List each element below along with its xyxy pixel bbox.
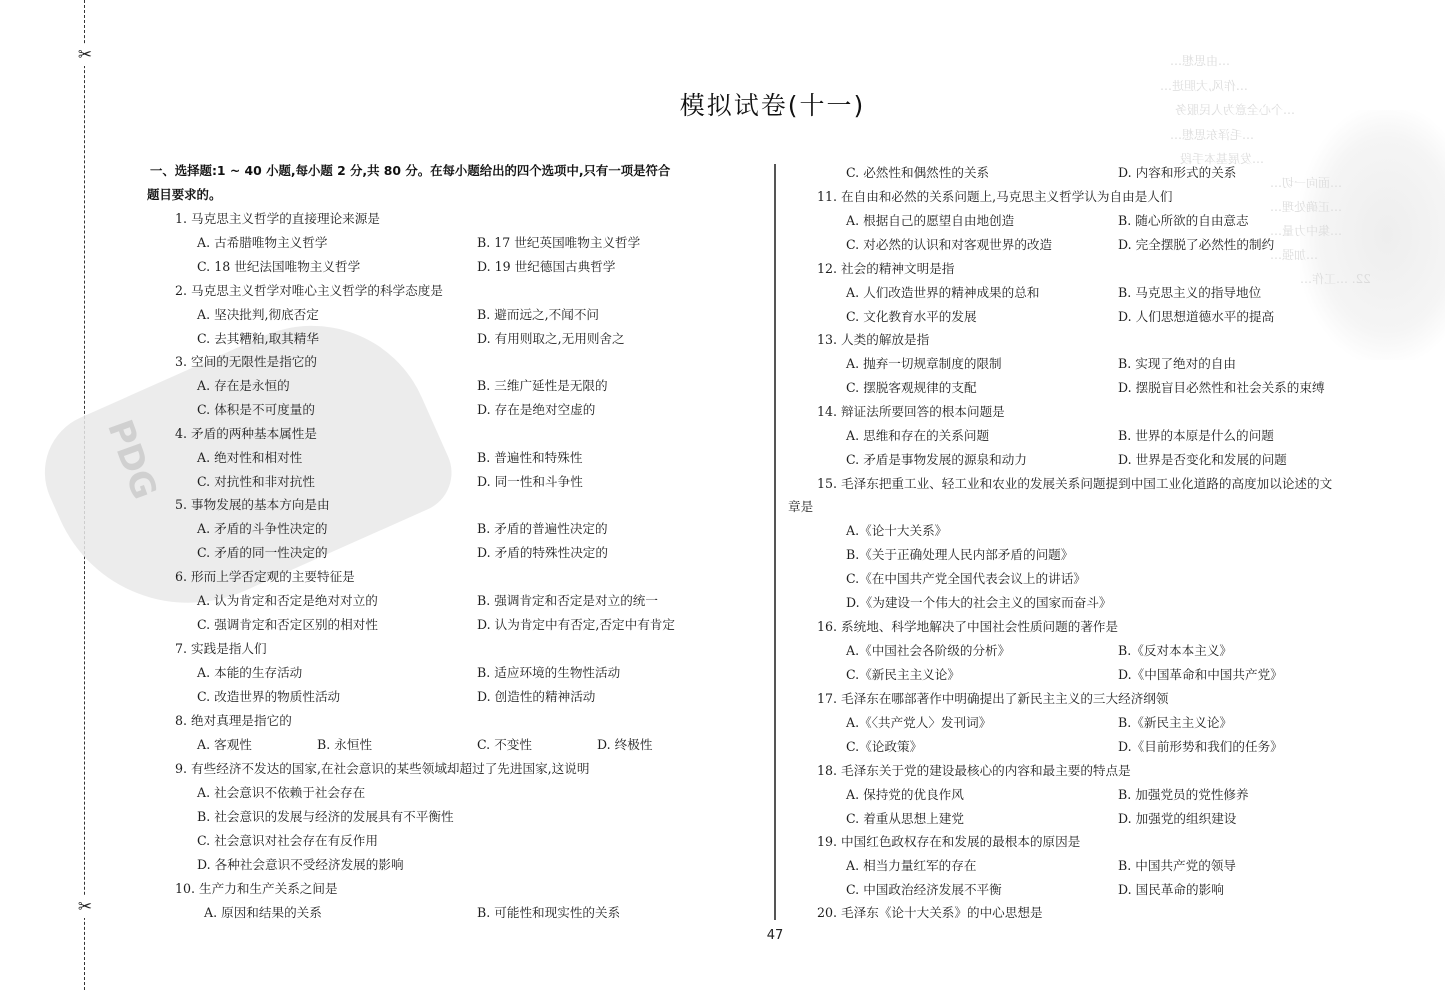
question-16: 16. 系统地、科学地解决了中国社会性质问题的著作是: [817, 619, 1118, 635]
option-15d: D.《为建设一个伟大的社会主义的国家而奋斗》: [846, 595, 1112, 611]
option-6c: C. 强调肯定和否定区别的相对性: [197, 617, 378, 633]
question-stem: 辩证法所要回答的根本问题是: [841, 404, 1005, 419]
option-7b: B. 适应环境的生物性活动: [477, 665, 620, 681]
question-number: 5.: [175, 497, 187, 512]
option-17b: B.《新民主主义论》: [1118, 715, 1232, 731]
option-17d: D.《目前形势和我们的任务》: [1118, 739, 1283, 755]
option-17a: A.《〈共产党人〉发刊词》: [846, 715, 991, 731]
option-12d: D. 人们思想道德水平的提高: [1118, 309, 1274, 325]
question-stem: 绝对真理是指它的: [191, 713, 292, 728]
question-number: 2.: [175, 283, 187, 298]
option-11a: A. 根据自己的愿望自由地创造: [846, 213, 1014, 229]
option-1a: A. 古希腊唯物主义哲学: [197, 235, 327, 251]
option-6a: A. 认为肯定和否定是绝对对立的: [197, 593, 378, 609]
question-3: 3. 空间的无限性是指它的: [175, 354, 317, 370]
question-number: 14.: [817, 404, 837, 419]
question-12: 12. 社会的精神文明是指: [817, 261, 954, 277]
question-stem: 人类的解放是指: [841, 332, 929, 347]
question-17: 17. 毛泽东在哪部著作中明确提出了新民主主义的三大经济纲领: [817, 691, 1168, 707]
option-13d: D. 摆脱盲目必然性和社会关系的束缚: [1118, 380, 1325, 396]
option-19b: B. 中国共产党的领导: [1118, 858, 1236, 874]
option-18c: C. 着重从思想上建党: [846, 811, 964, 827]
watermark-text: PDG: [43, 415, 157, 506]
question-8: 8. 绝对真理是指它的: [175, 713, 292, 729]
question-stem: 在自由和必然的关系问题上,马克思主义哲学认为自由是人们: [841, 189, 1172, 204]
option-7a: A. 本能的生存活动: [197, 665, 302, 681]
option-11b: B. 随心所欲的自由意志: [1118, 213, 1249, 229]
question-stem: 毛泽东在哪部著作中明确提出了新民主主义的三大经济纲领: [841, 691, 1168, 706]
question-number: 20.: [817, 905, 837, 920]
question-1: 1. 马克思主义哲学的直接理论来源是: [175, 211, 380, 227]
option-8b: B. 永恒性: [317, 737, 372, 753]
question-number: 16.: [817, 619, 837, 634]
option-3c: C. 体积是不可度量的: [197, 402, 315, 418]
option-5d: D. 矛盾的特殊性决定的: [477, 545, 608, 561]
bleed-through-text: …加强…: [1270, 246, 1318, 263]
question-number: 18.: [817, 763, 837, 778]
option-12a: A. 人们改造世界的精神成果的总和: [846, 285, 1039, 301]
question-15-cont: 章是: [788, 499, 813, 515]
option-2b: B. 避而远之,不闻不问: [477, 307, 599, 323]
question-stem: 矛盾的两种基本属性是: [191, 426, 317, 441]
option-18d: D. 加强党的组织建设: [1118, 811, 1236, 827]
question-number: 7.: [175, 641, 187, 656]
question-number: 19.: [817, 834, 837, 849]
option-11d: D. 完全摆脱了必然性的制约: [1118, 237, 1274, 253]
scissors-icon: ✂: [76, 896, 94, 918]
question-number: 4.: [175, 426, 187, 441]
question-number: 3.: [175, 354, 187, 369]
option-14a: A. 思维和存在的关系问题: [846, 428, 989, 444]
option-1c: C. 18 世纪法国唯物主义哲学: [197, 259, 360, 275]
question-stem: 马克思主义哲学对唯心主义哲学的科学态度是: [191, 283, 443, 298]
option-15a: A.《论十大关系》: [846, 523, 947, 539]
option-10d: D. 内容和形式的关系: [1118, 165, 1236, 181]
question-number: 1.: [175, 211, 187, 226]
question-stem: 生产力和生产关系之间是: [199, 881, 338, 896]
option-3d: D. 存在是绝对空虚的: [477, 402, 595, 418]
option-4a: A. 绝对性和相对性: [197, 450, 302, 466]
option-5b: B. 矛盾的普遍性决定的: [477, 521, 608, 537]
option-3b: B. 三维广延性是无限的: [477, 378, 608, 394]
question-4: 4. 矛盾的两种基本属性是: [175, 426, 317, 442]
option-10b: B. 可能性和现实性的关系: [477, 905, 620, 921]
option-5a: A. 矛盾的斗争性决定的: [197, 521, 327, 537]
option-19d: D. 国民革命的影响: [1118, 882, 1224, 898]
option-14c: C. 矛盾是事物发展的源泉和动力: [846, 452, 1027, 468]
question-stem: 马克思主义哲学的直接理论来源是: [191, 211, 380, 226]
option-19c: C. 中国政治经济发展不平衡: [846, 882, 1002, 898]
option-18a: A. 保持党的优良作风: [846, 787, 964, 803]
question-stem: 社会的精神文明是指: [841, 261, 954, 276]
question-18: 18. 毛泽东关于党的建设最核心的内容和最主要的特点是: [817, 763, 1131, 779]
question-number: 8.: [175, 713, 187, 728]
question-number: 11.: [817, 189, 837, 204]
option-4c: C. 对抗性和非对抗性: [197, 474, 315, 490]
option-9a: A. 社会意识不依赖于社会存在: [197, 785, 365, 801]
option-19a: A. 相当力量红军的存在: [846, 858, 976, 874]
option-7d: D. 创造性的精神活动: [477, 689, 595, 705]
question-15: 15. 毛泽东把重工业、轻工业和农业的发展关系问题提到中国工业化道路的高度加以论…: [817, 476, 1332, 492]
option-15c: C.《在中国共产党全国代表会议上的讲话》: [846, 571, 1086, 587]
option-8a: A. 客观性: [197, 737, 252, 753]
bleed-through-text: …正确处理…: [1270, 198, 1342, 215]
question-9: 9. 有些经济不发达的国家,在社会意识的某些领域却超过了先进国家,这说明: [175, 761, 589, 777]
question-11: 11. 在自由和必然的关系问题上,马克思主义哲学认为自由是人们: [817, 189, 1173, 205]
option-6b: B. 强调肯定和否定是对立的统一: [477, 593, 658, 609]
bleed-through-text: 22. …工作…: [1300, 270, 1371, 287]
page-title: 模拟试卷(十一): [0, 86, 1445, 122]
column-divider: [774, 164, 776, 920]
question-number: 13.: [817, 332, 837, 347]
question-2: 2. 马克思主义哲学对唯心主义哲学的科学态度是: [175, 283, 443, 299]
question-stem: 毛泽东《论十大关系》的中心思想是: [841, 905, 1043, 920]
question-stem: 事物发展的基本方向是由: [191, 497, 330, 512]
question-number: 12.: [817, 261, 837, 276]
question-14: 14. 辩证法所要回答的根本问题是: [817, 404, 1005, 420]
question-stem: 中国红色政权存在和发展的最根本的原因是: [841, 834, 1080, 849]
option-2d: D. 有用则取之,无用则舍之: [477, 331, 625, 347]
option-5c: C. 矛盾的同一性决定的: [197, 545, 328, 561]
question-stem: 有些经济不发达的国家,在社会意识的某些领域却超过了先进国家,这说明: [191, 761, 589, 776]
option-12b: B. 马克思主义的指导地位: [1118, 285, 1261, 301]
bleed-through-text: …面向一切…: [1270, 174, 1342, 191]
option-9d: D. 各种社会意识不受经济发展的影响: [197, 857, 404, 873]
question-stem: 空间的无限性是指它的: [191, 354, 317, 369]
question-7: 7. 实践是指人们: [175, 641, 267, 657]
bleed-through-text: …由思想…: [1170, 52, 1230, 69]
option-16c: C.《新民主主义论》: [846, 667, 960, 683]
option-2a: A. 坚决批判,彻底否定: [197, 307, 319, 323]
option-14b: B. 世界的本原是什么的问题: [1118, 428, 1274, 444]
option-6d: D. 认为肯定中有否定,否定中有肯定: [477, 617, 675, 633]
question-number: 6.: [175, 569, 187, 584]
option-16a: A.《中国社会各阶级的分析》: [846, 643, 1010, 659]
question-number: 17.: [817, 691, 837, 706]
option-4d: D. 同一性和斗争性: [477, 474, 583, 490]
option-16d: D.《中国革命和中国共产党》: [1118, 667, 1283, 683]
option-10c: C. 必然性和偶然性的关系: [846, 165, 989, 181]
option-8d: D. 终极性: [597, 737, 652, 753]
question-stem: 实践是指人们: [191, 641, 267, 656]
option-18b: B. 加强党员的党性修养: [1118, 787, 1249, 803]
question-13: 13. 人类的解放是指: [817, 332, 929, 348]
question-number: 15.: [817, 476, 837, 491]
question-10: 10. 生产力和生产关系之间是: [175, 881, 338, 897]
section-heading: 一、选择题:1 ~ 40 小题,每小题 2 分,共 80 分。在每小题给出的四个…: [150, 163, 670, 179]
option-3a: A. 存在是永恒的: [197, 378, 290, 394]
option-1d: D. 19 世纪德国古典哲学: [477, 259, 615, 275]
question-stem: 毛泽东把重工业、轻工业和农业的发展关系问题提到中国工业化道路的高度加以论述的文: [841, 476, 1332, 491]
question-6: 6. 形而上学否定观的主要特征是: [175, 569, 355, 585]
option-8c: C. 不变性: [477, 737, 532, 753]
question-stem: 毛泽东关于党的建设最核心的内容和最主要的特点是: [841, 763, 1131, 778]
option-2c: C. 去其糟粕,取其精华: [197, 331, 319, 347]
option-16b: B.《反对本本主义》: [1118, 643, 1232, 659]
option-13c: C. 摆脱客观规律的支配: [846, 380, 977, 396]
option-9b: B. 社会意识的发展与经济的发展具有不平衡性: [197, 809, 454, 825]
page-number: 47: [760, 928, 790, 943]
option-10a: A. 原因和结果的关系: [204, 905, 322, 921]
option-7c: C. 改造世界的物质性活动: [197, 689, 340, 705]
option-13a: A. 抛弃一切规章制度的限制: [846, 356, 1002, 372]
option-14d: D. 世界是否变化和发展的问题: [1118, 452, 1287, 468]
option-11c: C. 对必然的认识和对客观世界的改造: [846, 237, 1052, 253]
question-number: 9.: [175, 761, 187, 776]
bleed-through-text: …集中力量…: [1270, 222, 1342, 239]
option-1b: B. 17 世纪英国唯物主义哲学: [477, 235, 640, 251]
option-9c: C. 社会意识对社会存在有反作用: [197, 833, 378, 849]
question-5: 5. 事物发展的基本方向是由: [175, 497, 330, 513]
option-13b: B. 实现了绝对的自由: [1118, 356, 1236, 372]
question-stem: 系统地、科学地解决了中国社会性质问题的著作是: [841, 619, 1118, 634]
question-number: 10.: [175, 881, 195, 896]
option-17c: C.《论政策》: [846, 739, 922, 755]
option-15b: B.《关于正确处理人民内部矛盾的问题》: [846, 547, 1073, 563]
option-4b: B. 普遍性和特殊性: [477, 450, 582, 466]
question-20: 20. 毛泽东《论十大关系》的中心思想是: [817, 905, 1043, 921]
question-stem: 形而上学否定观的主要特征是: [191, 569, 355, 584]
question-19: 19. 中国红色政权存在和发展的最根本的原因是: [817, 834, 1080, 850]
bleed-through-text: …毛泽东思想…: [1170, 126, 1254, 143]
scissors-icon: ✂: [76, 44, 94, 66]
option-12c: C. 文化教育水平的发展: [846, 309, 977, 325]
section-heading-cont: 题目要求的。: [147, 187, 221, 203]
